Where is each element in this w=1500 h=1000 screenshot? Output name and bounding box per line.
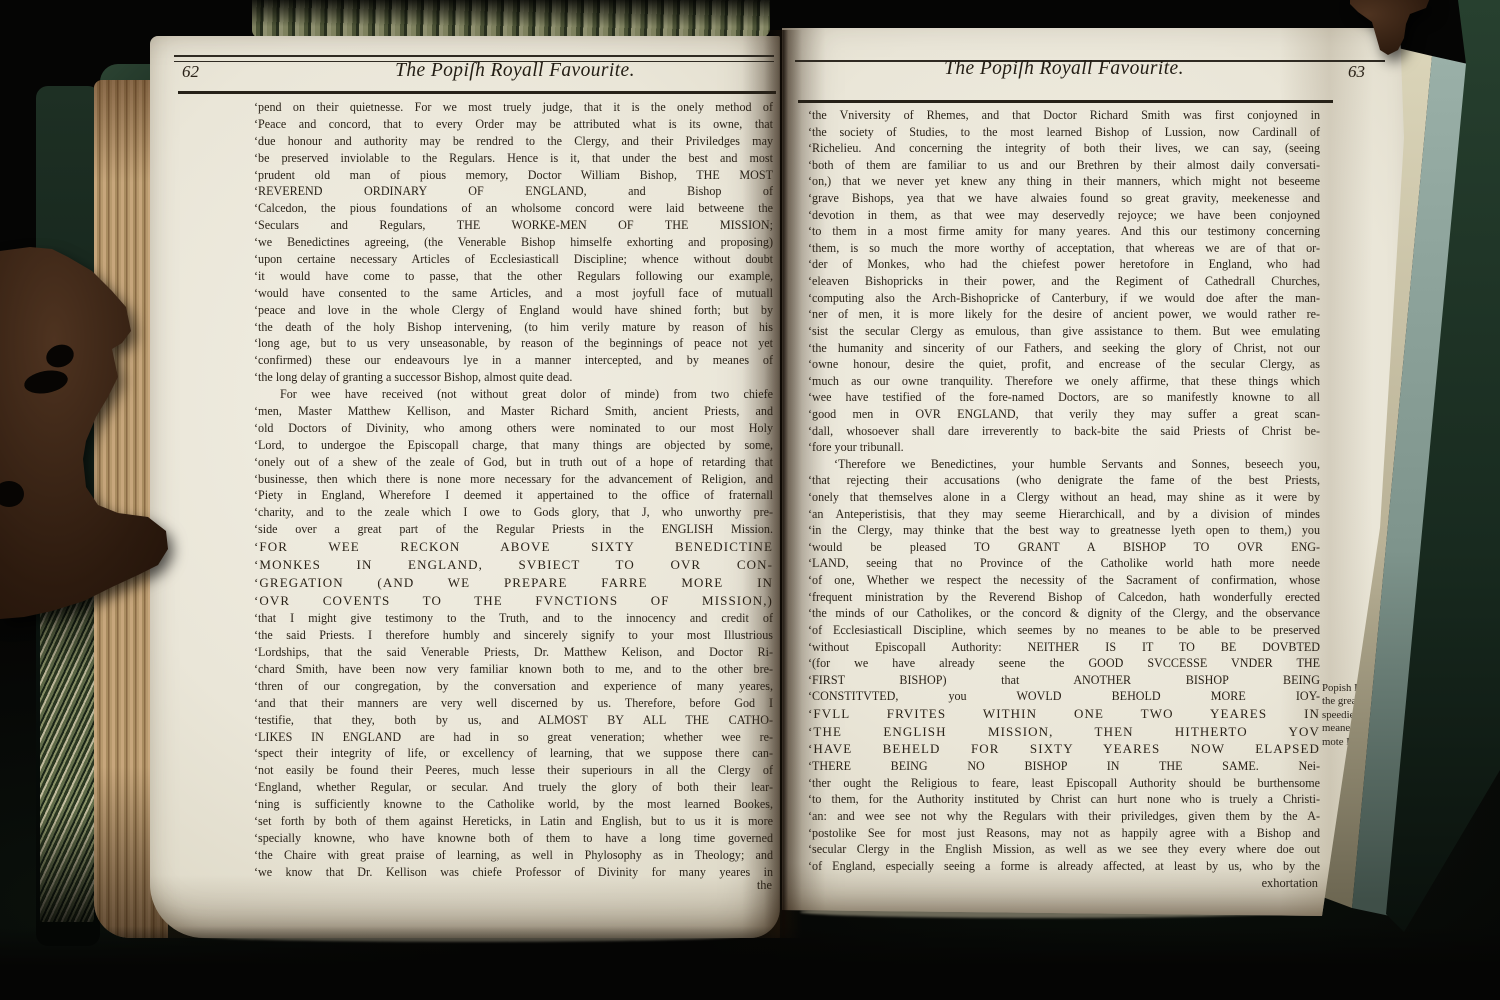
left-catchword: the — [652, 878, 772, 893]
text-line: ‘chard Smith, have been now very familia… — [254, 662, 773, 677]
text-line: ‘Seculars and Regulars, THE WORKE-MEN OF… — [254, 218, 773, 233]
text-line: ‘spect their integrity of life, or excel… — [254, 746, 773, 761]
text-line: ‘THE ENGLISH MISSION, THEN HITHERTO YOV — [808, 724, 1320, 740]
text-line: ‘the humanity and sincerity of our Fathe… — [808, 341, 1320, 356]
text-line: ‘much as our owne tranquility. Therefore… — [808, 374, 1320, 389]
text-line: ‘pend on their quietnesse. For we most t… — [254, 100, 773, 115]
text-line: ‘LIKES IN ENGLAND are had in so great ve… — [254, 730, 773, 745]
text-line: ‘peace and love in the whole Clergy of E… — [254, 303, 773, 318]
text-line: ‘Richelieu. And concerning the integrity… — [808, 141, 1320, 156]
text-line: ‘Lordships, that the said Venerable Prie… — [254, 645, 773, 660]
text-line: ‘fore your tribunall. — [808, 440, 1320, 455]
text-line: ‘would be pleased TO GRANT A BISHOP TO O… — [808, 540, 1320, 555]
clasp-hole — [43, 341, 76, 371]
top-right-metal-clasp — [1338, 0, 1438, 62]
text-line: ‘LAND, seeing that no Province of the Ca… — [808, 556, 1320, 571]
text-line: ‘good men in OVR ENGLAND, that verily th… — [808, 407, 1320, 422]
text-line: ‘OVR COVENTS TO THE FVNCTIONS OF MISSION… — [254, 593, 773, 609]
text-line: ‘and that their manners are very well di… — [254, 696, 773, 711]
text-line: ‘Lord, to undergoe the Episcopall charge… — [254, 438, 773, 453]
text-line: ‘would have consented to the same Articl… — [254, 286, 773, 301]
text-line: ‘ning is sufficiently knowne to the Cath… — [254, 797, 773, 812]
text-line: ‘computing also the Arch-Bishopricke of … — [808, 291, 1320, 306]
text-line: ‘due honour and authority may be rendred… — [254, 134, 773, 149]
text-line: ‘an: and wee see not why the Regulars wi… — [808, 809, 1320, 824]
text-line: ‘devotion in them, as that wee may deser… — [808, 208, 1320, 223]
left-page-number: 62 — [182, 62, 199, 82]
text-line: ‘Peace and concord, that to every Order … — [254, 117, 773, 132]
text-line: ‘der of Monkes, who had the chiefest pow… — [808, 257, 1320, 272]
text-line: ‘the minds of our Catholikes, or the con… — [808, 606, 1320, 621]
right-catchword: exhortation — [1168, 876, 1318, 891]
text-line: ‘confirmed) these our endeavours lye in … — [254, 353, 773, 368]
header-rule-thick — [178, 91, 776, 94]
text-line: ‘to them in a most firme amity for many … — [808, 224, 1320, 239]
text-line: ‘upon certaine necessary Articles of Ecc… — [254, 252, 773, 267]
text-line: ‘set forth by both of them against Heret… — [254, 814, 773, 829]
bottom-shadow — [0, 926, 1500, 1000]
right-page: 63 The Popiſh Royall Favourite. ‘the Vni… — [782, 28, 1404, 916]
text-line: ‘(for we have already seene the GOOD SVC… — [808, 656, 1320, 671]
text-line: ‘CONSTITVTED, you WOVLD BEHOLD MORE IOY- — [808, 689, 1320, 704]
right-page-text-column: ‘the Vniversity of Rhemes, and that Doct… — [808, 108, 1320, 874]
text-line: ‘REVEREND ORDINARY OF ENGLAND, and Bisho… — [254, 184, 773, 199]
text-line: ‘without Episcopall Authority: NEITHER I… — [808, 640, 1320, 655]
header-rule-thick — [798, 100, 1333, 103]
text-line: ‘charity, and to the zeale which I owe t… — [254, 505, 773, 520]
text-line: ‘HAVE BEHELD FOR SIXTY YEARES NOW ELAPSE… — [808, 741, 1320, 757]
text-line: ‘the long delay of granting a successor … — [254, 370, 773, 385]
running-title-right: The Popiſh Royall Favourite. — [879, 58, 1249, 80]
text-line: ‘GREGATION (AND WE PREPARE FARRE MORE IN — [254, 575, 773, 591]
text-line: ‘in the Clergy, may thinke that the best… — [808, 523, 1320, 538]
text-line: ‘ther ought the Religious to feare, leas… — [808, 776, 1320, 791]
clasp-hole — [22, 367, 69, 396]
text-line: ‘side over a great part of the Regular P… — [254, 522, 773, 537]
left-clasp-plate — [0, 245, 180, 625]
text-line: ‘dall, whosoever shall dare irreverently… — [808, 424, 1320, 439]
text-line: ‘FVLL FRVITES WITHIN ONE TWO YEARES IN — [808, 706, 1320, 722]
text-line: ‘Calcedon, the pious foundations of an w… — [254, 201, 773, 216]
text-line: ‘of Ecclesiasticall Discipline, which se… — [808, 623, 1320, 638]
text-line: ‘the said Priests. I therefore humbly an… — [254, 628, 773, 643]
text-line: ‘THERE BEING NO BISHOP IN THE SAME. Nei- — [808, 759, 1320, 774]
text-line: ‘thren of our congregation, by the conve… — [254, 679, 773, 694]
text-line: ‘that rejecting their accusations (who d… — [808, 473, 1320, 488]
header-rule — [174, 55, 774, 57]
text-line: ‘be preserved inviolable to the Regulars… — [254, 151, 773, 166]
text-line: For wee have received (not without great… — [254, 387, 773, 402]
text-line: ‘prudent old man of pious memory, Doctor… — [254, 168, 773, 183]
text-line: ‘onely that themselves alone in a Clergy… — [808, 490, 1320, 505]
photo-of-open-antique-book: 62 The Popiſh Royall Favourite. ‘pend on… — [0, 0, 1500, 1000]
text-line: ‘MONKES IN ENGLAND, SVBIECT TO OVR CON- — [254, 557, 773, 573]
left-page: 62 The Popiſh Royall Favourite. ‘pend on… — [150, 36, 780, 938]
right-page-number: 63 — [1348, 62, 1365, 82]
text-line: ‘onely out of a shew of the zeale of God… — [254, 455, 773, 470]
text-line: ‘testifie, that they, both by us, and AL… — [254, 713, 773, 728]
text-line: ‘an Anteperistisis, that they may seeme … — [808, 507, 1320, 522]
text-line: ‘of one, Whether we respect the necessit… — [808, 573, 1320, 588]
text-line: ‘the Chaire with great praise of learnin… — [254, 848, 773, 863]
text-line: ‘it would have come to passe, that the o… — [254, 269, 773, 284]
text-line: ‘to them, for the Authority instituted b… — [808, 792, 1320, 807]
text-line: ‘secular Clergy in the English Mission, … — [808, 842, 1320, 857]
text-line: ‘businesse, then which there is none mor… — [254, 472, 773, 487]
clasp-hole — [0, 481, 24, 507]
text-line: ‘both of them are familiar to us and our… — [808, 158, 1320, 173]
text-line: ‘on,) that we never yet knew any thing i… — [808, 174, 1320, 189]
text-line: ‘the death of the holy Bishop intervenin… — [254, 320, 773, 335]
top-right-clasp-plate — [1338, 0, 1438, 62]
text-line: ‘eleaven Bishopricks in their power, and… — [808, 274, 1320, 289]
text-line: ‘long age, but to us very unseasonable, … — [254, 336, 773, 351]
text-line: ‘not easily be found their Peeres, much … — [254, 763, 773, 778]
text-line: ‘Therefore we Benedictines, your humble … — [808, 457, 1320, 472]
text-line: ‘we Benedictines agreeing, (the Venerabl… — [254, 235, 773, 250]
left-metal-clasp — [0, 245, 180, 625]
text-line: ‘frequent ministration by the Reverend B… — [808, 590, 1320, 605]
text-line: ‘the Vniversity of Rhemes, and that Doct… — [808, 108, 1320, 123]
text-line: ‘grave Bishops, yea that we have alwaies… — [808, 191, 1320, 206]
running-title-left: The Popiſh Royall Favourite. — [330, 60, 700, 82]
text-line: ‘old Doctors of Divinity, who among othe… — [254, 421, 773, 436]
text-line: ‘ner of men, it is more likely for the d… — [808, 307, 1320, 322]
text-line: ‘the society of Studies, to the most lea… — [808, 125, 1320, 140]
text-line: ‘FOR WEE RECKON ABOVE SIXTY BENEDICTINE — [254, 539, 773, 555]
text-line: ‘wee have testified of the fore-named Do… — [808, 390, 1320, 405]
text-line: ‘them, is so much the more worthy of acc… — [808, 241, 1320, 256]
text-line: ‘sist the secular Clergy as emulous, tha… — [808, 324, 1320, 339]
text-line: ‘specially knowne, who have knowne both … — [254, 831, 773, 846]
text-line: ‘FIRST BISHOP) that ANOTHER BISHOP BEING — [808, 673, 1320, 688]
text-line: ‘that I might give testimony to the Trut… — [254, 611, 773, 626]
text-line: ‘England, whether Regular, or secular. A… — [254, 780, 773, 795]
text-line: ‘Piety in England, Wherefore I deemed it… — [254, 488, 773, 503]
text-line: ‘postolike See for most just Reasons, ma… — [808, 826, 1320, 841]
text-line: ‘owne honour, desire the quiet, profit, … — [808, 357, 1320, 372]
left-page-text-column: ‘pend on their quietnesse. For we most t… — [254, 100, 773, 880]
text-line: ‘men, Master Matthew Kellison, and Maste… — [254, 404, 773, 419]
text-line: ‘of England, especially seeing a forme i… — [808, 859, 1320, 874]
